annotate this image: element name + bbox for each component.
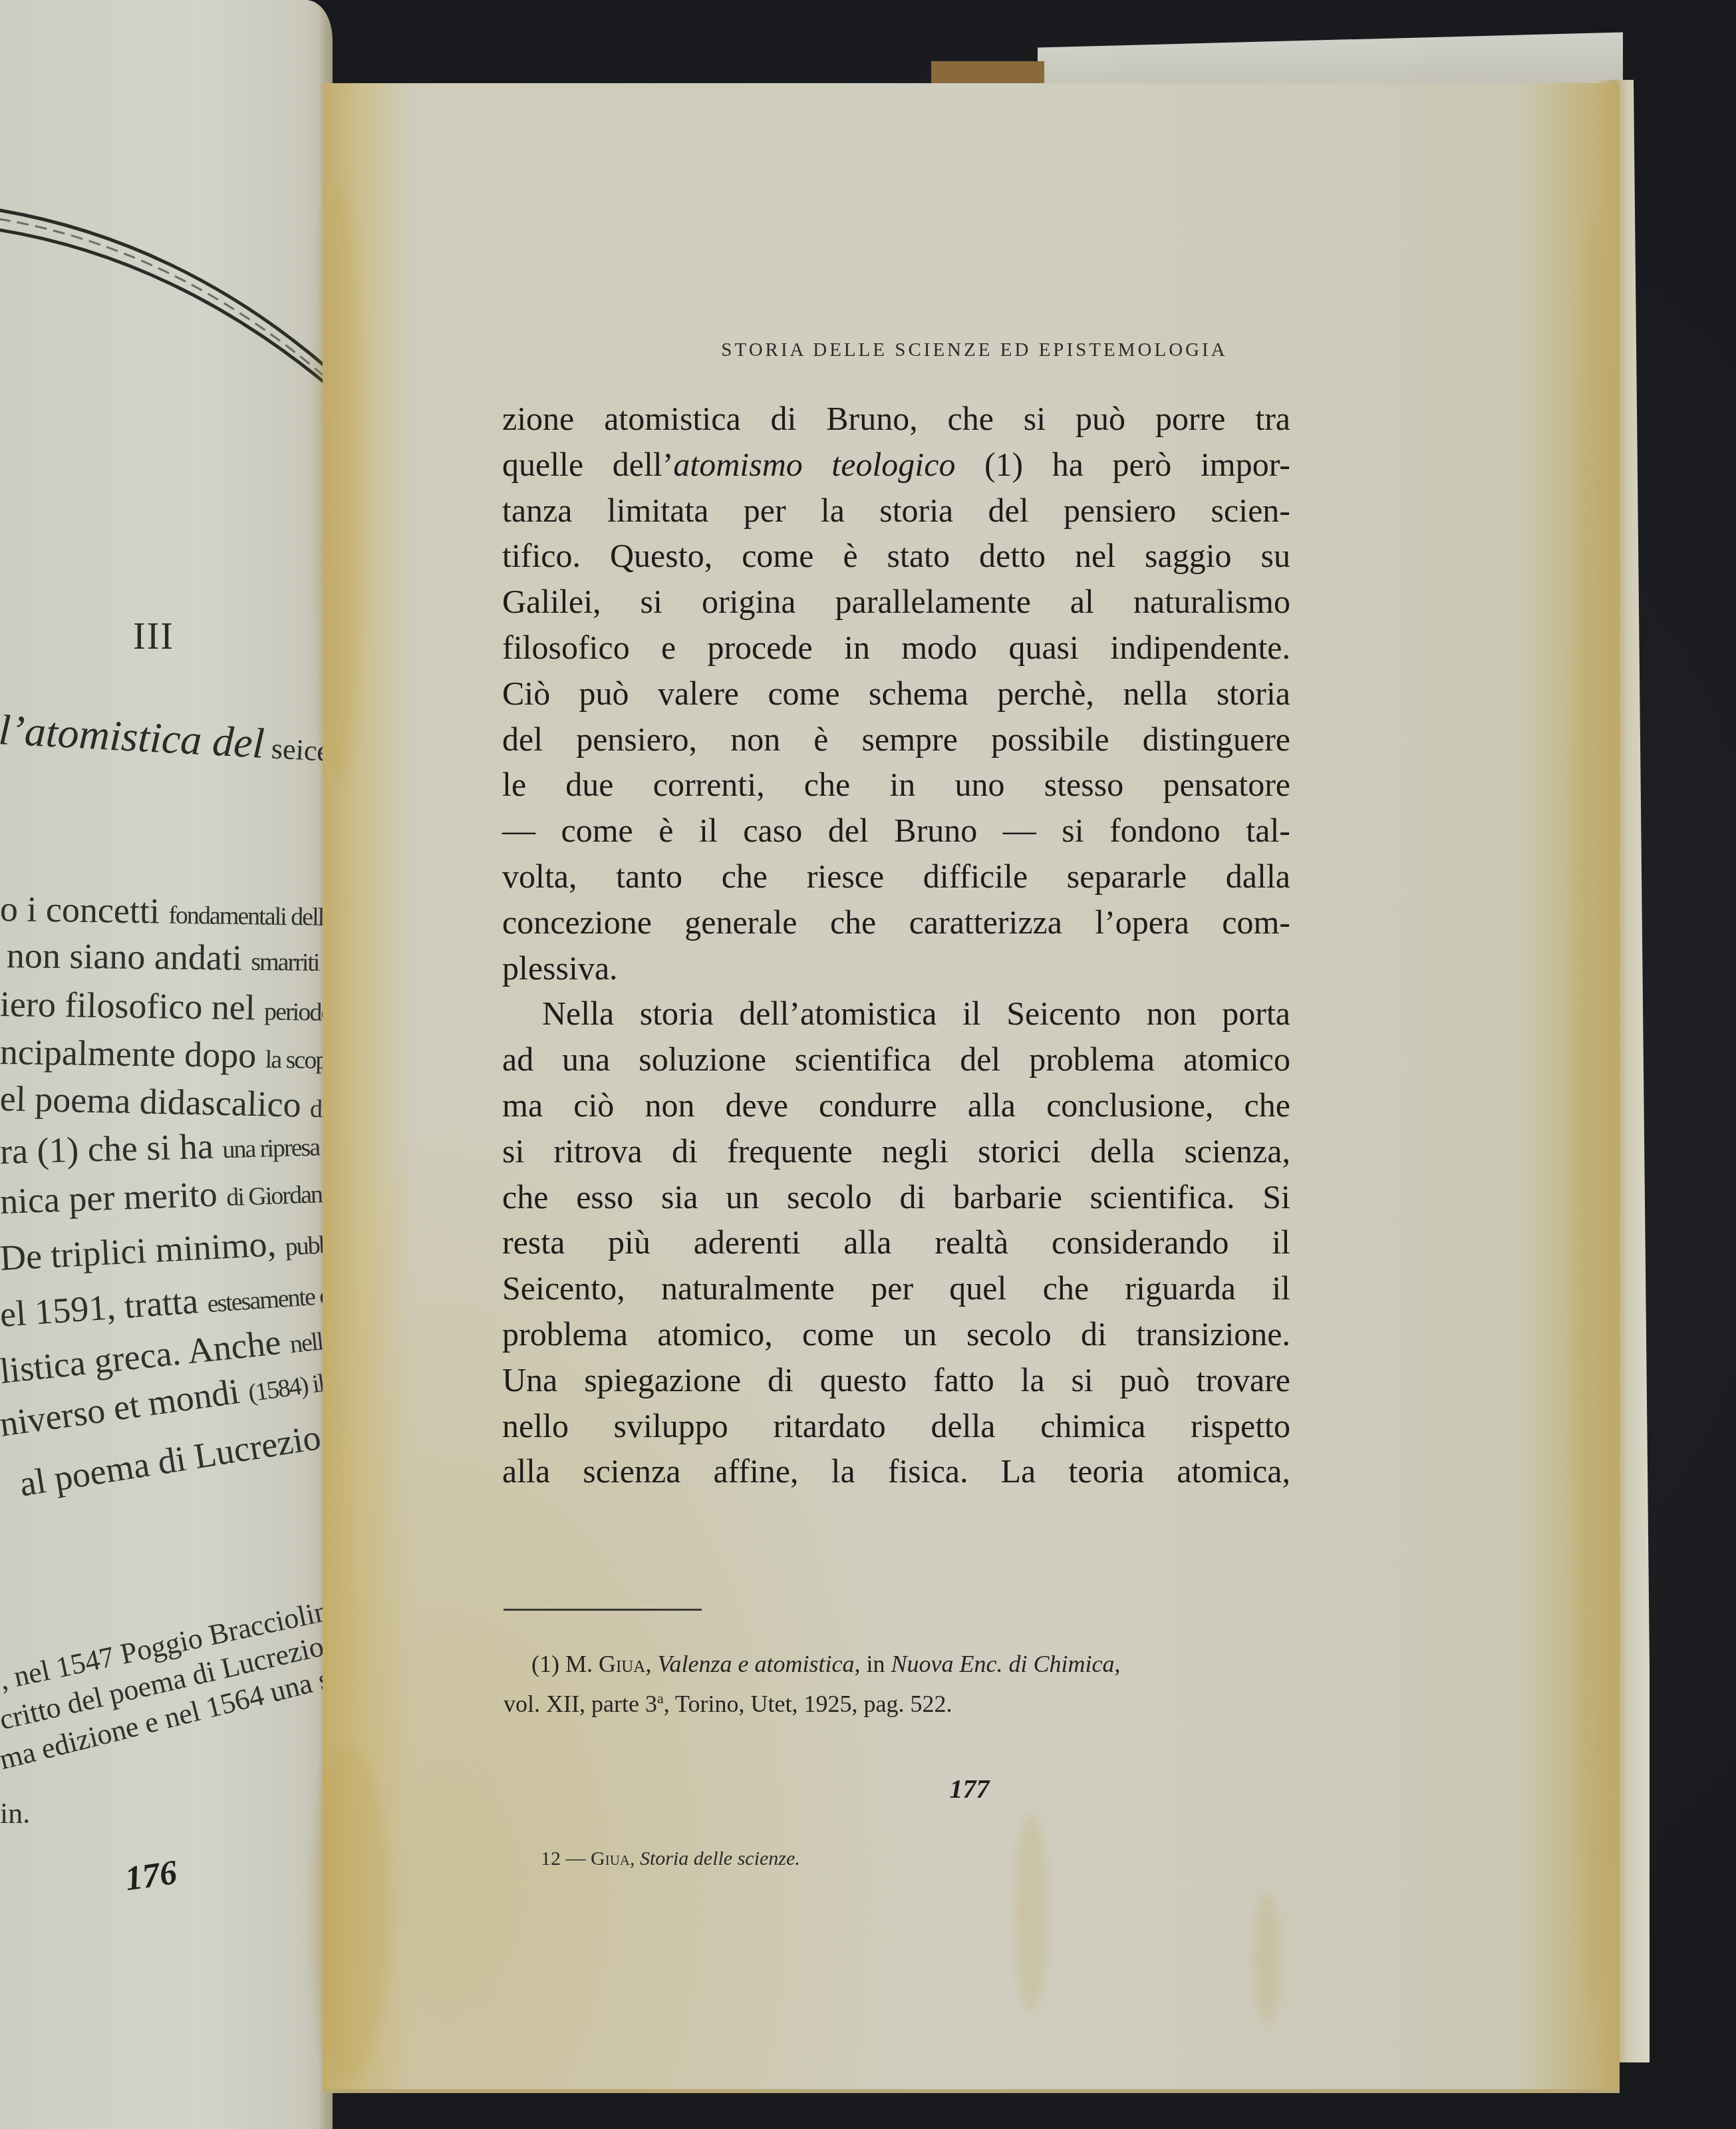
text-line: filosofico e procede in modo quasi indip… [502,625,1290,671]
foxing-stain [1014,1813,1048,2013]
chapter-title: l’atomistica del seicento [0,705,333,774]
footnote-rule [504,1609,702,1611]
text-line: del pensiero, non è sempre possibile dis… [502,717,1290,762]
left-text-line: o i concetti fondamentali della [0,888,333,934]
text-line: ma ciò non deve condurre alla conclusion… [502,1082,1290,1128]
page-number: 177 [323,1773,1620,1804]
text-line: Galilei, si origina parallelamente al na… [502,579,1290,625]
signature-title: Storia delle scienze. [640,1848,800,1870]
body-text: zione atomistica di Bruno, che si può po… [502,396,1290,1494]
italic-term: atomismo teologico [673,446,955,483]
text-line: Nella storia dell’atomistica il Seicento… [502,991,1290,1037]
text-line: resta più aderenti alla realtà considera… [502,1220,1290,1265]
text-line: zione atomistica di Bruno, che si può po… [502,396,1290,442]
signature-author: Giua [591,1848,630,1870]
text-line: alla scienza affine, la fisica. La teori… [502,1448,1290,1494]
text-line: plessiva. [502,945,1290,991]
footnote-title: Valenza e atomistica [657,1651,854,1677]
footnote-line: (1) M. Giua, Valenza e atomistica, in Nu… [504,1647,1292,1681]
left-text-line: iero filosofico nel periodo del Rin [0,983,333,1030]
left-footnote-line: in. [0,1796,30,1830]
text-line: tifico. Questo, come è stato detto nel s… [502,533,1290,579]
left-page-number: 176 [122,1853,179,1899]
text-line: problema atomico, come un secolo di tran… [502,1311,1290,1357]
signature-line: 12 — Giua, Storia delle scienze. [541,1848,800,1870]
text-line: nello sviluppo ritardato della chimica r… [502,1403,1290,1449]
left-text-line: non siano andati smarriti nel [7,935,333,979]
text-line: concezione generale che caratterizza l’o… [502,900,1290,945]
left-text-line: el poema didascalico di Lucrezio [0,1078,333,1128]
left-text-line: nica per merito di Giordano Bruno [0,1167,333,1222]
text-line: che esso sia un secolo di barbarie scien… [502,1174,1290,1220]
foxing-stain [1254,1893,1280,2026]
foxing-stain [316,183,362,782]
footnote: (1) M. Giua, Valenza e atomistica, in Nu… [504,1647,1292,1721]
text-line: Una spiegazione di questo fatto la si pu… [502,1357,1290,1403]
chapter-title-italic: l’atomistica [0,706,203,764]
footnote-work: Nuova Enc. di Chimica [891,1651,1114,1677]
text-line: Ciò può valere come schema perchè, nella… [502,671,1290,717]
right-page: STORIA DELLE SCIENZE ED EPISTEMOLOGIA zi… [323,83,1620,2093]
text-line: si ritrova di frequente negli storici de… [502,1128,1290,1174]
text-line: volta, tanto che riesce difficile separa… [502,854,1290,900]
text-line: — come è il caso del Bruno — si fondono … [502,808,1290,854]
text-line: le due correnti, che in uno stesso pensa… [502,762,1290,808]
footnote-author: M. Giua [565,1651,645,1677]
text-line: Seicento, naturalmente per quel che rigu… [502,1265,1290,1311]
chapter-title-rest: del [201,717,266,767]
running-head: STORIA DELLE SCIENZE ED EPISTEMOLOGIA [323,339,1620,361]
left-text-line: De triplici minimo, pubblicato [0,1218,333,1279]
text-line: ad una soluzione scientifica del problem… [502,1037,1290,1082]
text-line: quelle dell’atomismo teologico (1) ha pe… [502,442,1290,488]
left-text-line: ncipalmente dopo la scoperta [0,1031,333,1078]
footnote-line: vol. XII, parte 3a, Torino, Utet, 1925, … [504,1681,1292,1721]
text-line: tanza limitata per la storia del pensier… [502,488,1290,534]
left-page: III l’atomistica del seicento o i concet… [0,0,333,2129]
left-text-line: ra (1) che si ha una ripresa della [0,1122,333,1172]
foxing-stain [1573,216,1613,2013]
chapter-number: III [133,615,174,658]
ornamental-arc-icon [0,180,333,393]
